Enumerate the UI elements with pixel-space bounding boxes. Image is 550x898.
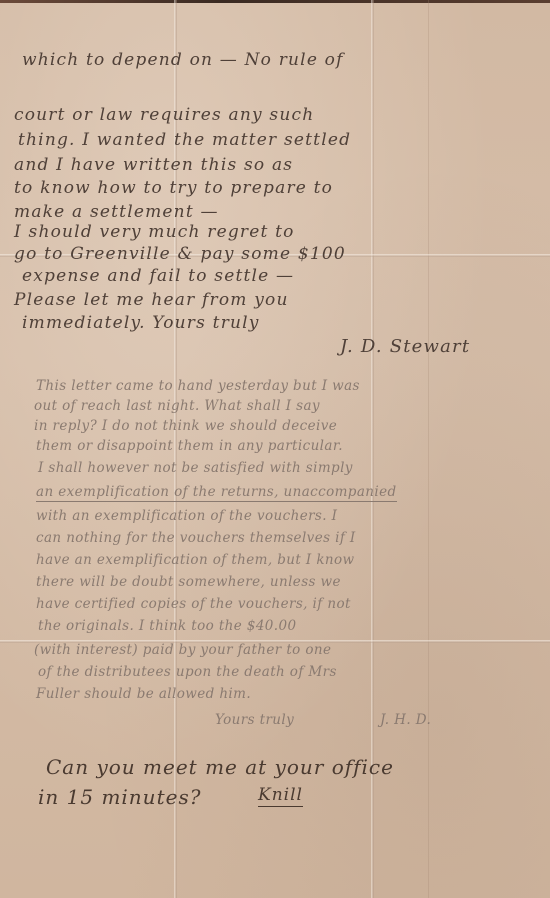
reply-line: have an exemplification of them, but I k… bbox=[36, 552, 354, 568]
reply-line: of the distributees upon the death of Mr… bbox=[38, 664, 337, 680]
reply-line: This letter came to hand yesterday but I… bbox=[36, 378, 360, 394]
letter-line: I should very much regret to bbox=[14, 222, 295, 242]
reply-line: can nothing for the vouchers themselves … bbox=[36, 530, 356, 546]
letter-line: and I have written this so as bbox=[14, 155, 293, 175]
faint-ruling-line bbox=[428, 0, 429, 898]
note-line: Can you meet me at your office bbox=[46, 755, 394, 779]
reply-line: there will be doubt somewhere, unless we bbox=[36, 574, 341, 590]
letter-line: make a settlement — bbox=[14, 202, 219, 222]
note-signature: Knill bbox=[258, 785, 303, 807]
paper-top-edge bbox=[0, 0, 550, 3]
reply-closing: Yours truly bbox=[215, 712, 294, 728]
reply-line-underlined: an exemplification of the returns, unacc… bbox=[36, 484, 397, 502]
reply-line: the originals. I think too the $40.00 bbox=[38, 618, 296, 634]
letter-line: court or law requires any such bbox=[14, 105, 314, 125]
note-line: in 15 minutes? bbox=[38, 785, 201, 809]
reply-initials: J. H. D. bbox=[380, 712, 431, 728]
reply-line: them or disappoint them in any particula… bbox=[36, 438, 343, 454]
reply-line: out of reach last night. What shall I sa… bbox=[34, 398, 320, 414]
letter-line: which to depend on — No rule of bbox=[22, 50, 344, 70]
reply-line: in reply? I do not think we should decei… bbox=[34, 418, 337, 434]
reply-line: have certified copies of the vouchers, i… bbox=[36, 596, 351, 612]
reply-line: I shall however not be satisfied with si… bbox=[38, 460, 353, 476]
letter-line: go to Greenville & pay some $100 bbox=[14, 244, 346, 264]
reply-line: with an exemplification of the vouchers.… bbox=[36, 508, 337, 524]
letter-signature: J. D. Stewart bbox=[340, 336, 470, 357]
letter-sheet: which to depend on — No rule of court or… bbox=[0, 0, 550, 898]
reply-line: Fuller should be allowed him. bbox=[36, 686, 251, 702]
letter-line: to know how to try to prepare to bbox=[14, 178, 333, 198]
letter-line: immediately. Yours truly bbox=[22, 313, 260, 333]
letter-line: thing. I wanted the matter settled bbox=[18, 130, 351, 150]
letter-line: Please let me hear from you bbox=[14, 290, 289, 310]
letter-line: expense and fail to settle — bbox=[22, 266, 294, 286]
reply-line: (with interest) paid by your father to o… bbox=[34, 642, 331, 658]
